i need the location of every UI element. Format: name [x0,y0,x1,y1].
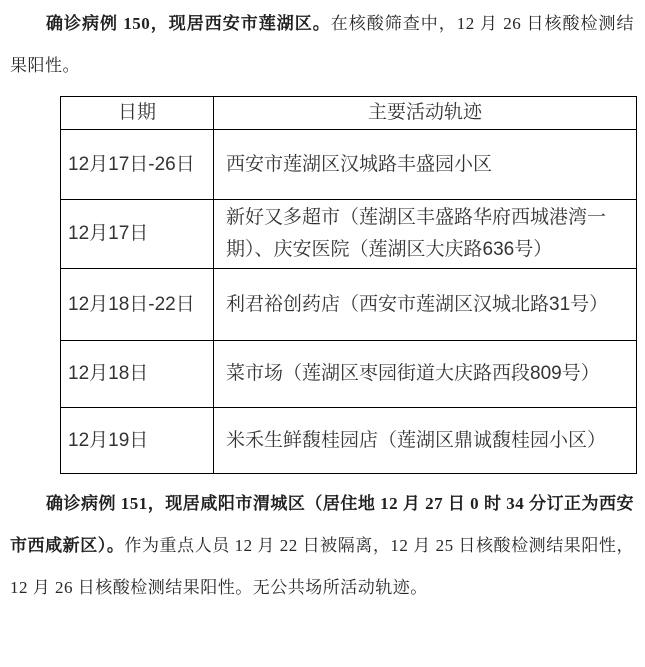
table-row: 12月19日 米禾生鲜馥桂园店（莲湖区鼎诚馥桂园小区） [61,408,637,474]
document-page: 确诊病例 150，现居西安市莲湖区。在核酸筛查中，12 月 26 日核酸检测结果… [0,0,645,667]
date-cell: 12月19日 [61,408,214,474]
date-cell: 12月18日 [61,341,214,408]
date-cell: 12月17日 [61,200,214,269]
track-column-header: 主要活动轨迹 [214,97,637,130]
table-row: 12月17日-26日 西安市莲湖区汉城路丰盛园小区 [61,130,637,200]
date-column-header: 日期 [61,97,214,130]
case-150-lead: 确诊病例 150，现居西安市莲湖区。 [46,14,331,33]
track-cell: 米禾生鲜馥桂园店（莲湖区鼎诚馥桂园小区） [214,408,637,474]
table-header-row: 日期 主要活动轨迹 [61,97,637,130]
track-cell: 新好又多超市（莲湖区丰盛路华府西城港湾一期）、庆安医院（莲湖区大庆路636号） [214,200,637,269]
track-cell: 利君裕创药店（西安市莲湖区汉城北路31号） [214,269,637,341]
track-cell: 西安市莲湖区汉城路丰盛园小区 [214,130,637,200]
activity-track-table: 日期 主要活动轨迹 12月17日-26日 西安市莲湖区汉城路丰盛园小区 12月1… [60,96,637,474]
table-row: 12月18日 菜市场（莲湖区枣园街道大庆路西段809号） [61,341,637,408]
track-cell: 菜市场（莲湖区枣园街道大庆路西段809号） [214,341,637,408]
case-150-paragraph: 确诊病例 150，现居西安市莲湖区。在核酸筛查中，12 月 26 日核酸检测结果… [10,0,634,87]
table-row: 12月18日-22日 利君裕创药店（西安市莲湖区汉城北路31号） [61,269,637,341]
case-151-paragraph: 确诊病例 151，现居咸阳市渭城区（居住地 12 月 27 日 0 时 34 分… [10,483,634,609]
date-cell: 12月17日-26日 [61,130,214,200]
table-row: 12月17日 新好又多超市（莲湖区丰盛路华府西城港湾一期）、庆安医院（莲湖区大庆… [61,200,637,269]
date-cell: 12月18日-22日 [61,269,214,341]
